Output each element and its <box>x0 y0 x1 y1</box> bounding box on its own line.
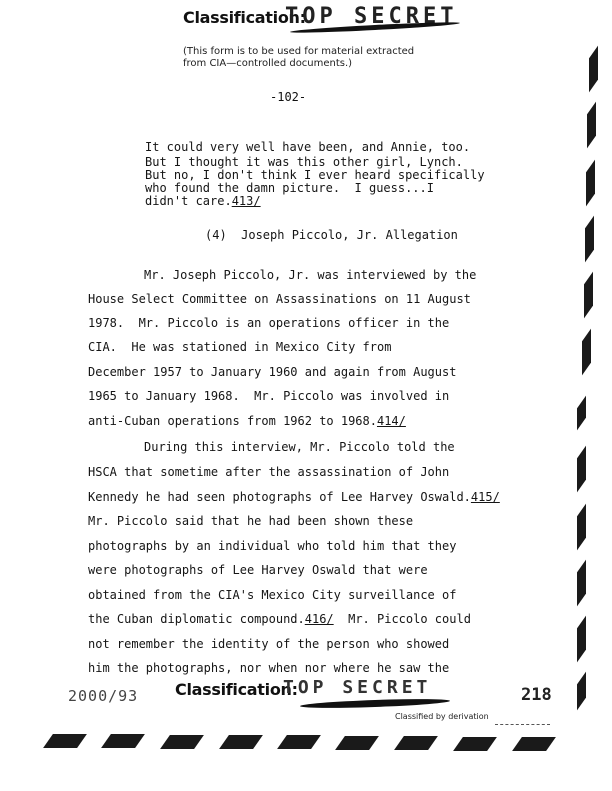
edge-stripe <box>335 736 379 750</box>
paragraph-line: anti-Cuban operations from 1962 to 1968. <box>88 414 377 428</box>
paragraph-text: Mr. Piccolo could <box>334 612 471 626</box>
edge-stripe <box>589 46 598 93</box>
edge-stripe <box>587 102 596 149</box>
classified-by-label: Classified by derivation <box>395 712 489 721</box>
edge-stripe <box>160 735 204 749</box>
quote-line: It could very well have been, and Annie,… <box>145 140 470 154</box>
paragraph-line: obtained from the CIA's Mexico City surv… <box>88 588 456 602</box>
paragraph-line: not remember the identity of the person … <box>88 637 449 651</box>
paragraph-line: December 1957 to January 1960 and again … <box>88 365 456 379</box>
paragraph-line: were photographs of Lee Harvey Oswald th… <box>88 563 428 577</box>
paragraph-line: Mr. Joseph Piccolo, Jr. was interviewed … <box>144 268 476 282</box>
page-number: -102- <box>270 90 306 104</box>
footnote-415: 415/ <box>471 490 500 504</box>
edge-stripe <box>585 216 594 263</box>
edge-stripe <box>582 329 591 376</box>
edge-stripe <box>577 504 586 551</box>
paragraph-line-with-footnote: the Cuban diplomatic compound.416/ Mr. P… <box>88 612 471 626</box>
paragraph-line: CIA. He was stationed in Mexico City fro… <box>88 340 391 354</box>
section-heading: (4) Joseph Piccolo, Jr. Allegation <box>205 228 458 242</box>
edge-stripe <box>512 737 556 751</box>
edge-stripe <box>577 672 586 711</box>
paragraph-2: During this interview, Mr. Piccolo told … <box>88 0 102 154</box>
footer-classification-stamp: TOP SECRET <box>283 677 431 698</box>
paragraph-line: 1965 to January 1968. Mr. Piccolo was in… <box>88 389 449 403</box>
paragraph-text: the Cuban diplomatic compound. <box>88 612 305 626</box>
edge-stripe <box>586 160 595 207</box>
page-stamp: 218 <box>521 685 552 705</box>
edge-stripe <box>577 616 586 663</box>
footnote-414: 414/ <box>377 414 406 428</box>
paragraph-text: Kennedy he had seen photographs of Lee H… <box>88 490 471 504</box>
paragraph-line: House Select Committee on Assassinations… <box>88 292 471 306</box>
doc-id-stamp: 2000/93 <box>68 687 138 705</box>
quote-block: It could very well have been, and Annie,… <box>145 0 159 84</box>
footnote-416: 416/ <box>305 612 334 626</box>
edge-stripe <box>577 560 586 607</box>
footnote-413: 413/ <box>232 194 261 208</box>
paragraph-line: photographs by an individual who told hi… <box>88 539 456 553</box>
edge-stripe <box>394 736 438 750</box>
quote-line: But I thought it was this other girl, Ly… <box>145 155 463 169</box>
edge-stripe <box>43 734 87 748</box>
quote-line: who found the damn picture. I guess...I <box>145 181 434 195</box>
quote-last-line: didn't care.413/ <box>145 194 261 208</box>
form-note-line2: from CIA—controlled documents.) <box>183 58 352 70</box>
form-note-line1: (This form is to be used for material ex… <box>183 46 414 58</box>
paragraph-line: him the photographs, nor when nor where … <box>88 661 449 675</box>
footer-stamp-strikeout <box>300 697 450 709</box>
paragraph-line: During this interview, Mr. Piccolo told … <box>144 440 455 454</box>
paragraph-line: Mr. Piccolo said that he had been shown … <box>88 514 413 528</box>
quote-line: didn't care. <box>145 194 232 208</box>
edge-stripe <box>219 735 263 749</box>
paragraph-last-line: anti-Cuban operations from 1962 to 1968.… <box>88 414 406 428</box>
edge-stripe <box>101 734 145 748</box>
edge-stripe <box>577 446 586 493</box>
paragraph-line-with-footnote: Kennedy he had seen photographs of Lee H… <box>88 490 500 504</box>
paragraph-line: 1978. Mr. Piccolo is an operations offic… <box>88 316 449 330</box>
paragraph-line: HSCA that sometime after the assassinati… <box>88 465 449 479</box>
edge-stripe <box>277 735 321 749</box>
classified-by-line <box>495 724 550 725</box>
edge-stripe <box>584 272 593 319</box>
footer-classification-label: Classification: <box>175 680 298 699</box>
quote-line: But no, I don't think I ever heard speci… <box>145 168 485 182</box>
edge-stripe <box>453 737 497 751</box>
edge-stripe <box>577 396 586 431</box>
